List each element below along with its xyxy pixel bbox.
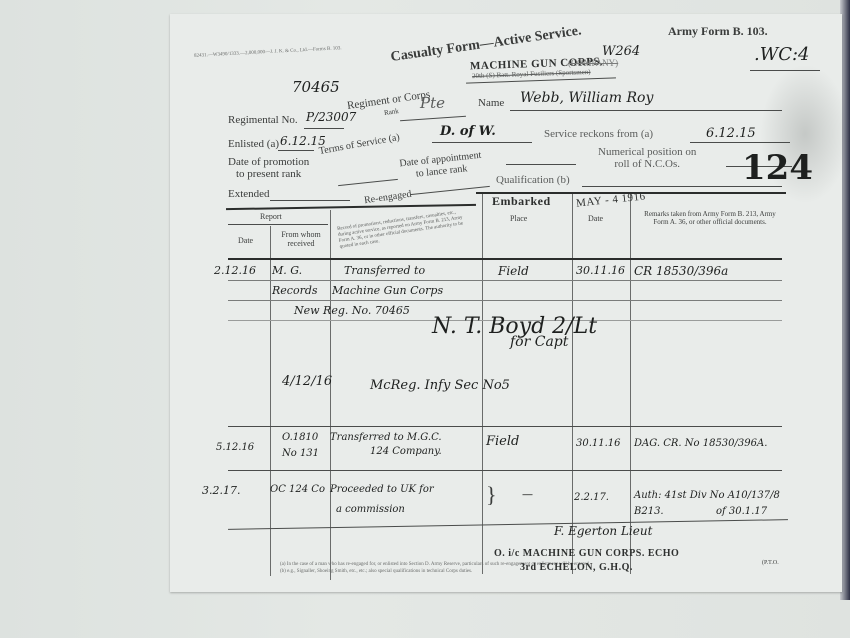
footer-stamp-2: 3rd ECHELON, G.H.Q. xyxy=(520,562,633,573)
rule xyxy=(270,200,350,201)
col-remarks-header: Remarks taken from Army Form B. 213, Arm… xyxy=(638,210,782,226)
rule xyxy=(432,142,532,143)
row4-bracket: } xyxy=(486,482,497,508)
footer-stamp-1: O. i/c MACHINE GUN CORPS. ECHO xyxy=(494,548,679,559)
service-reckons-label: Service reckons from (a) xyxy=(544,128,653,140)
row1-record-3: New Reg. No. 70465 xyxy=(294,304,410,317)
top-right-annotation: .WC:4 xyxy=(754,44,810,65)
rule xyxy=(690,142,790,143)
row4-from: OC 124 Co xyxy=(270,484,325,495)
row1-from: M. G. xyxy=(272,264,302,277)
pto-label: (P.T.O. xyxy=(762,560,779,566)
name-value: Webb, William Roy xyxy=(520,90,653,106)
row2-signature-2: for Capt xyxy=(510,334,568,350)
embarked-header: Embarked xyxy=(492,194,551,209)
rule xyxy=(510,110,782,111)
row-line xyxy=(228,426,782,427)
name-label: Name xyxy=(478,97,504,109)
row3-record-1: Transferred to M.G.C. xyxy=(330,432,442,443)
regiment-struck: (COMPANY) xyxy=(568,58,618,68)
row-line xyxy=(228,300,782,301)
row4-record-1: Proceeded to UK for xyxy=(330,484,434,495)
row3-from-2: No 131 xyxy=(282,448,319,459)
rule xyxy=(400,116,466,122)
rank-value: Pte xyxy=(420,94,445,112)
row4-embark-date: 2.2.17. xyxy=(574,492,609,503)
row4-place: — xyxy=(522,488,533,501)
form-id: Army Form B. 103. xyxy=(668,24,768,39)
rule xyxy=(750,70,820,71)
rule xyxy=(304,128,344,129)
terms-label: Terms of Service (a) xyxy=(318,132,400,157)
corps-annotation: W264 xyxy=(602,44,640,59)
col-divider xyxy=(630,194,631,574)
row2-from: 4/12/16 xyxy=(282,374,332,389)
row4-remarks-3: of 30.1.17 xyxy=(716,506,767,517)
row1-record-1: Transferred to xyxy=(344,264,425,277)
regimental-no-value: P/23007 xyxy=(306,110,356,124)
enlisted-label: Enlisted (a) xyxy=(228,138,279,150)
rule xyxy=(582,186,782,187)
row3-date: 5.12.16 xyxy=(216,442,254,453)
regimental-no-label: Regimental No. xyxy=(228,114,298,126)
printer-line: 82431.—W3490/1333.—2,000,000—J. J. K. & … xyxy=(194,46,342,59)
col-date-header: Date xyxy=(238,236,253,245)
row1-record-2: Machine Gun Corps xyxy=(332,284,443,297)
reengaged-label: Re-engaged xyxy=(363,189,412,207)
row3-embark-date: 30.11.16 xyxy=(576,438,621,449)
rule xyxy=(338,179,398,186)
header-bottom-rule xyxy=(228,258,782,260)
row1-embark-date: 30.11.16 xyxy=(576,264,625,277)
row1-remarks: CR 18530/396a xyxy=(634,264,728,278)
row-line xyxy=(228,519,788,530)
col-divider xyxy=(572,194,573,574)
rule xyxy=(506,164,576,165)
row3-record-2: 124 Company. xyxy=(370,446,442,457)
row4-remarks-2: B213. xyxy=(634,506,664,517)
col-divider xyxy=(330,210,331,580)
col-record-header: Record of promotions, reductions, transf… xyxy=(337,209,467,251)
service-reckons-value: 6.12.15 xyxy=(706,126,756,141)
row3-from-1: O.1810 xyxy=(282,432,318,443)
row4-record-2: a commission xyxy=(336,504,405,515)
row3-remarks: DAG. CR. No 18530/396A. xyxy=(634,438,767,449)
row-line xyxy=(228,470,782,471)
col-from-header: From whom received xyxy=(274,230,328,248)
qualification-label: Qualification (b) xyxy=(496,174,570,186)
row1-place: Field xyxy=(498,264,529,278)
col-divider xyxy=(270,226,271,576)
rule xyxy=(278,150,314,151)
extended-label: Extended xyxy=(228,188,270,200)
row4-date: 3.2.17. xyxy=(202,484,240,497)
row2-record: McReg. Infy Sec No5 xyxy=(370,378,510,393)
promotion-label: Date of promotion to present rank xyxy=(228,156,309,180)
appointment-label: Date of appointment to lance rank xyxy=(399,150,483,182)
report-header: Report xyxy=(260,212,282,221)
terms-value: D. of W. xyxy=(440,124,496,139)
row1-date: 2.12.16 xyxy=(214,264,256,277)
row4-signature: F. Egerton Lieut xyxy=(554,524,652,538)
footnote-b: (b) e.g., Signaller, Shoeing Smith, etc.… xyxy=(280,569,472,574)
rank-label: Rank xyxy=(384,107,400,117)
row3-place: Field xyxy=(486,434,519,449)
casualty-form-b103: 82431.—W3490/1333.—2,000,000—J. J. K. & … xyxy=(170,14,842,592)
row-line xyxy=(228,280,782,281)
row1-from-2: Records xyxy=(272,284,318,297)
table-top-rule xyxy=(226,204,476,210)
row4-remarks-1: Auth: 41st Div No A10/137/8 xyxy=(634,490,780,501)
rule xyxy=(228,224,328,225)
col-place-header: Place xyxy=(510,214,527,223)
new-reg-number-note: 70465 xyxy=(292,78,340,96)
numerical-position-label: Numerical position on roll of N.C.Os. xyxy=(598,146,696,170)
col-embark-date-header: Date xyxy=(588,214,603,223)
numerical-position-value: 124 xyxy=(742,148,813,188)
